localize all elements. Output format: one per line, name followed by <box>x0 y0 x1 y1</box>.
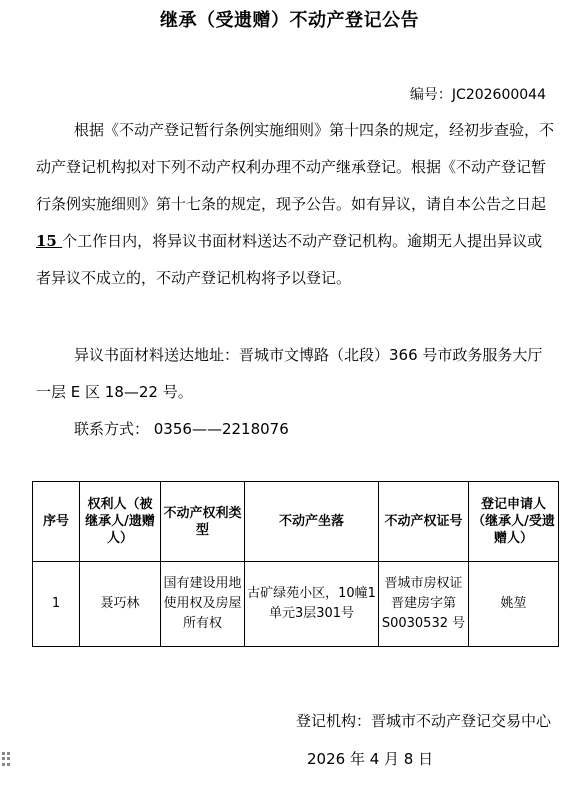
document-number: 编号：JC202600044 <box>410 84 546 104</box>
header-applicant: 登记申请人（继承人/受遗赠人） <box>469 482 559 562</box>
notice-title: 继承（受遗赠）不动产登记公告 <box>0 6 579 32</box>
notice-date: 2026 年 4 月 8 日 <box>307 748 433 769</box>
paragraph-text-cont: 个工作日内，将异议书面材料送达不动产登记机构。逾期无人提出异议或者异议不成立的，… <box>36 232 542 287</box>
table-row: 1 聂巧林 国有建设用地使用权及房屋所有权 古矿绿苑小区，10幢1单元3层301… <box>33 562 559 647</box>
objection-days: 15 <box>36 232 62 250</box>
header-right-holder: 权利人（被继承人/遗赠人） <box>80 482 161 562</box>
objection-address: 异议书面材料送达地址：晋城市文博路（北段）366 号市政务服务大厅一层 E 区 … <box>36 337 556 411</box>
cell-right-holder: 聂巧林 <box>80 562 161 647</box>
header-certificate-no: 不动产权证号 <box>379 482 469 562</box>
header-index: 序号 <box>33 482 80 562</box>
property-table: 序号 权利人（被继承人/遗赠人） 不动产权利类型 不动产坐落 不动产权证号 登记… <box>32 481 559 647</box>
table-header-row: 序号 权利人（被继承人/遗赠人） 不动产权利类型 不动产坐落 不动产权证号 登记… <box>33 482 559 562</box>
registry-signature: 登记机构：晋城市不动产登记交易中心 <box>296 710 551 731</box>
header-location: 不动产坐落 <box>245 482 379 562</box>
cell-applicant: 姚堃 <box>469 562 559 647</box>
cell-certificate-no: 晋城市房权证晋建房字第 S0030532 号 <box>379 562 469 647</box>
cell-location: 古矿绿苑小区，10幢1单元3层301号 <box>245 562 379 647</box>
contact-info: 联系方式： 0356——2218076 <box>74 411 579 448</box>
notice-paragraph: 根据《不动产登记暂行条例实施细则》第十四条的规定，经初步查验，不动产登记机构拟对… <box>36 112 556 297</box>
cell-index: 1 <box>33 562 80 647</box>
header-right-type: 不动产权利类型 <box>161 482 245 562</box>
paragraph-text: 根据《不动产登记暂行条例实施细则》第十四条的规定，经初步查验，不动产登记机构拟对… <box>36 121 554 213</box>
drag-handle-icon[interactable] <box>2 752 10 766</box>
cell-right-type: 国有建设用地使用权及房屋所有权 <box>161 562 245 647</box>
